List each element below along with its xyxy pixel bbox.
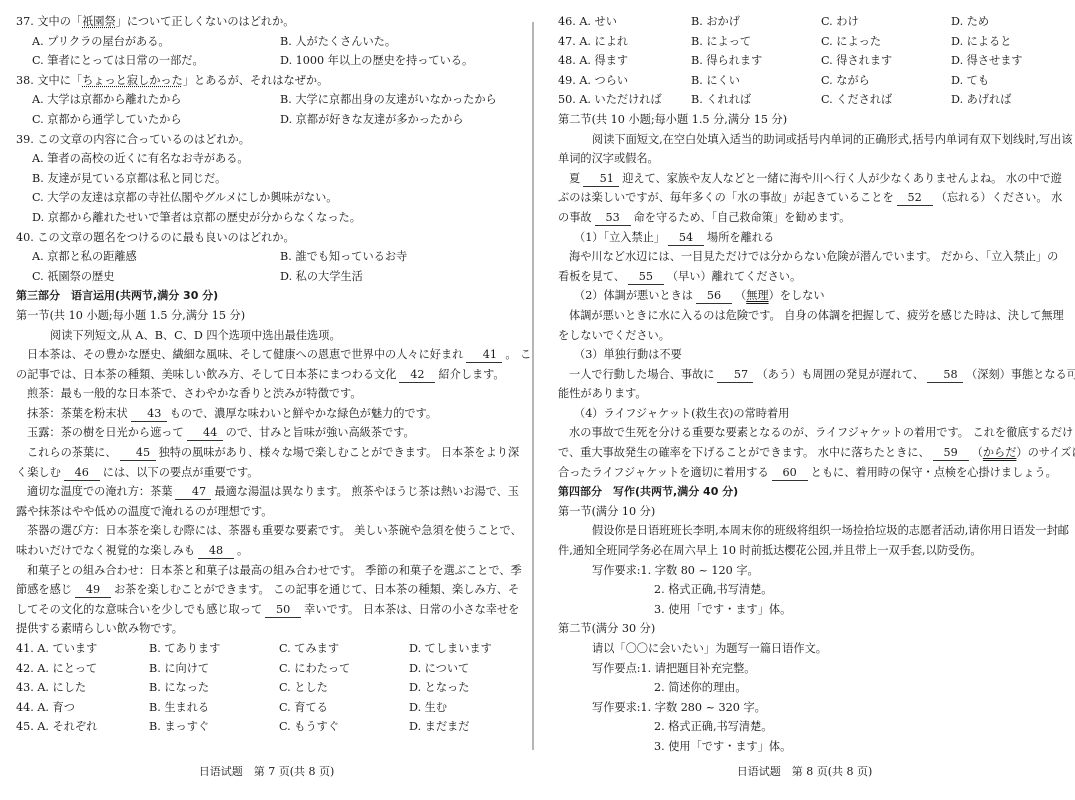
choice-row-50: 50. A. いただければB. くれればC. くださればD. あげれば: [558, 90, 1058, 110]
passage-line: 看板を見て、55（早い）離れてください。: [558, 267, 1058, 287]
section-1-heading: 第一节(共 10 小题;每小题 1.5 分,满分 15 分): [16, 306, 521, 326]
double-underlined-word: からだ: [983, 446, 1017, 459]
page-7-footer: 日语试题 第 7 页(共 8 页): [0, 763, 533, 779]
page-7-content: 37. 文中の「祇園祭」について正しくないのはどれか。 A. プリクラの屋台があ…: [16, 12, 521, 737]
passage-line: 海や川など水辺には、一目見ただけでは分からない危険が潜んでいます。 だから、「立…: [558, 247, 1058, 267]
blank-45: 45: [120, 446, 156, 461]
option-b: B. 友達が見ている京都は私と同じだ。: [16, 169, 521, 189]
option-a: A. プリクラの屋台がある。: [32, 32, 280, 52]
passage-line: 夏51迎えて、家族や友人などと一緒に海や川へ行く人が少なくありませんよね。 水の…: [558, 169, 1058, 189]
blank-42: 42: [399, 368, 435, 383]
choice-row-44: 44. A. 育つB. 生まれるC. 育てるD. 生む: [16, 698, 521, 718]
passage-line: 煎茶：最も一般的な日本茶で、さわやかな香りと渋みが特徴です。: [16, 384, 521, 404]
option-d: D. 私の大学生活: [280, 270, 363, 283]
subheading-1: （1）「立入禁止」54場所を離れる: [558, 228, 1058, 248]
blank-48: 48: [198, 544, 234, 559]
passage-line: 提供する素晴らしい飲み物です。: [16, 619, 521, 639]
marked-phrase: ちょっと寂しかった: [82, 74, 183, 87]
passage-line: 一人で行動した場合、事故に57（あう）も周囲の発見が遅れて、58（深刻）事態とな…: [558, 365, 1058, 385]
option-b: B. 誰でも知っているお寺: [280, 250, 407, 263]
section-2-instruction-cont: 单词的汉字或假名。: [558, 149, 1058, 169]
subheading-3: （3）単独行動は不要: [558, 345, 1058, 365]
blank-44: 44: [187, 426, 223, 441]
passage-line: 茶器の選び方：日本茶を楽しむ際には、茶器も重要な要素です。 美しい茶碗や急須を使…: [16, 521, 521, 541]
passage-line: 和菓子との組み合わせ：日本茶と和菓子は最高の組み合わせです。 季節の和菓子を選ぶ…: [16, 561, 521, 581]
option-c: C. 祇園祭の歴史: [32, 267, 280, 287]
choice-row-47: 47. A. によれB. によってC. によったD. によると: [558, 32, 1058, 52]
choice-row-41: 41. A. ていますB. てありますC. てみますD. てしまいます: [16, 639, 521, 659]
blank-54: 54: [668, 231, 704, 246]
blank-43: 43: [131, 407, 167, 422]
blank-51: 51: [583, 172, 619, 187]
option-d: D. 京都が好きな友達が多かったから: [280, 113, 464, 126]
question-38-options-ab: A. 大学は京都から離れたからB. 大学に京都出身の友達がいなかったから: [16, 90, 521, 110]
blank-49: 49: [75, 583, 111, 598]
writing-section-2-heading: 第二节(满分 30 分): [558, 619, 1058, 639]
choice-row-42: 42. A. にとってB. に向けてC. にわたってD. について: [16, 659, 521, 679]
section-1-instruction: 阅读下列短文,从 A、B、C、D 四个选项中选出最佳选项。: [16, 326, 521, 346]
option-a: A. 大学は京都から離れたから: [32, 90, 280, 110]
double-underlined-word: 無理: [746, 289, 768, 302]
subheading-4: （4）ライフジャケット(救生衣)の常時着用: [558, 404, 1058, 424]
writing-2-point: 2. 简述你的理由。: [558, 678, 1058, 698]
option-c: C. 京都から通学していたから: [32, 110, 280, 130]
page-8-footer: 日语试题 第 8 页(共 8 页): [534, 763, 1075, 779]
question-38-stem: 38. 文中に「ちょっと寂しかった」とあるが、それはなぜか。: [16, 71, 521, 91]
option-d: D. 1000 年以上の歴史を持っている。: [280, 54, 473, 67]
writing-section-1-heading: 第一节(满分 10 分): [558, 502, 1058, 522]
question-37-stem: 37. 文中の「祇園祭」について正しくないのはどれか。: [16, 12, 521, 32]
blank-60: 60: [772, 466, 808, 481]
passage-line: く楽しむ46には、以下の要点が重要です。: [16, 463, 521, 483]
blank-41: 41: [466, 348, 502, 363]
writing-1-prompt: 假设你是日语班班长李明,本周末你的班级将组织一场捡拾垃圾的志愿者活动,请你用日语…: [558, 521, 1058, 541]
question-38-options-cd: C. 京都から通学していたからD. 京都が好きな友達が多かったから: [16, 110, 521, 130]
choice-row-46: 46. A. せいB. おかげC. わけD. ため: [558, 12, 1058, 32]
passage-line: してその文化的な意味合いを少しでも感じ取って50幸いです。 日本茶は、日常の小さ…: [16, 600, 521, 620]
choice-row-48: 48. A. 得ますB. 得られますC. 得されますD. 得させます: [558, 51, 1058, 71]
part-3-heading: 第三部分 语言运用(共两节,满分 30 分): [16, 286, 521, 306]
option-a: A. 筆者の高校の近くに有名なお寺がある。: [16, 149, 521, 169]
blank-50: 50: [265, 603, 301, 618]
exam-page-7: 37. 文中の「祇園祭」について正しくないのはどれか。 A. プリクラの屋台があ…: [0, 0, 533, 800]
question-37-options-ab: A. プリクラの屋台がある。B. 人がたくさんいた。: [16, 32, 521, 52]
writing-2-requirement: 写作要求:1. 字数 280 ~ 320 字。: [558, 698, 1058, 718]
question-40-options-ab: A. 京都と私の距離感B. 誰でも知っているお寺: [16, 247, 521, 267]
option-b: B. 大学に京都出身の友達がいなかったから: [280, 93, 497, 106]
question-37-options-cd: C. 筆者にとっては日常の一部だ。D. 1000 年以上の歴史を持っている。: [16, 51, 521, 71]
page-8-content: 46. A. せいB. おかげC. わけD. ため 47. A. によれB. に…: [558, 12, 1058, 757]
section-2-heading: 第二节(共 10 小题;每小题 1.5 分,满分 15 分): [558, 110, 1058, 130]
option-c: C. 筆者にとっては日常の一部だ。: [32, 51, 280, 71]
choice-row-43: 43. A. にしたB. になったC. としたD. となった: [16, 678, 521, 698]
section-2-instruction: 阅读下面短文,在空白处填入适当的助词或括号内单词的正确形式,括号内单词有双下划线…: [558, 130, 1058, 150]
passage-line: をしないでください。: [558, 326, 1058, 346]
option-c: C. 大学の友達は京都の寺社仏閣やグルメにしか興味がない。: [16, 188, 521, 208]
blank-59: 59: [933, 446, 969, 461]
question-40-stem: 40. この文章の題名をつけるのに最も良いのはどれか。: [16, 228, 521, 248]
writing-1-requirement: 3. 使用「です・ます」体。: [558, 600, 1058, 620]
passage-line: で、重大事故発生の確率を下げることができます。 水中に落ちたときに、59（からだ…: [558, 443, 1058, 463]
blank-46: 46: [64, 466, 100, 481]
passage-line: 適切な温度での淹れ方：茶葉47最適な湯温は異なります。 煎茶やほうじ茶は熱いお湯…: [16, 482, 521, 502]
passage-line: ぶのは楽しいですが、毎年多くの「水の事故」が起きていることを52（忘れる）くださ…: [558, 188, 1058, 208]
option-d: D. 京都から離れたせいで筆者は京都の歴史が分からなくなった。: [16, 208, 521, 228]
writing-1-requirement: 2. 格式正确,书写清楚。: [558, 580, 1058, 600]
passage-line: 玉露：茶の樹を日光から遮って44ので、甘みと旨味が強い高級茶です。: [16, 423, 521, 443]
blank-53: 53: [595, 211, 631, 226]
passage-line: 水の事故で生死を分ける重要な要素となるのが、ライフジャケットの着用です。 これを…: [558, 423, 1058, 443]
blank-58: 58: [927, 368, 963, 383]
option-b: B. 人がたくさんいた。: [280, 35, 396, 48]
passage-line: 味わいだけでなく視覚的な楽しみも48。: [16, 541, 521, 561]
marked-phrase: 祇園祭: [82, 15, 116, 28]
subheading-2: （2）体調が悪いときは56（無理）をしない: [558, 286, 1058, 306]
passage-line: 抹茶：茶葉を粉末状43もので、濃厚な味わいと鮮やかな緑色が魅力的です。: [16, 404, 521, 424]
passage-line: 体調が悪いときに水に入るのは危険です。 自身の体調を把握して、疲労を感じた時は、…: [558, 306, 1058, 326]
question-39-stem: 39. この文章の内容に合っているのはどれか。: [16, 130, 521, 150]
choice-row-45: 45. A. それぞれB. まっすぐC. もうすぐD. まだまだ: [16, 717, 521, 737]
passage-line: 露や抹茶はやや低めの温度で淹れるのが理想です。: [16, 502, 521, 522]
blank-47: 47: [175, 485, 211, 500]
writing-2-requirement: 3. 使用「です・ます」体。: [558, 737, 1058, 757]
writing-1-requirement: 写作要求:1. 字数 80 ~ 120 字。: [558, 561, 1058, 581]
part-4-heading: 第四部分 写作(共两节,满分 40 分): [558, 482, 1058, 502]
blank-55: 55: [628, 270, 664, 285]
passage-line: これらの茶葉に、45独特の風味があり、様々な場で楽しむことができます。 日本茶を…: [16, 443, 521, 463]
exam-page-8: 46. A. せいB. おかげC. わけD. ため 47. A. によれB. に…: [534, 0, 1075, 800]
blank-52: 52: [897, 191, 933, 206]
writing-2-prompt: 请以「〇〇に会いたい」为题写一篇日语作文。: [558, 639, 1058, 659]
writing-1-prompt-cont: 件,通知全班同学务必在周六早上 10 时前抵达樱花公园,并且带上一双手套,以防受…: [558, 541, 1058, 561]
choice-row-49: 49. A. つらいB. にくいC. ながらD. ても: [558, 71, 1058, 91]
question-40-options-cd: C. 祇園祭の歴史D. 私の大学生活: [16, 267, 521, 287]
passage-line: の事故53命を守るため、「自己救命策」を勧めます。: [558, 208, 1058, 228]
blank-56: 56: [696, 289, 732, 304]
writing-2-point: 写作要点:1. 请把题目补充完整。: [558, 659, 1058, 679]
writing-2-requirement: 2. 格式正确,书写清楚。: [558, 717, 1058, 737]
passage-line: 能性があります。: [558, 384, 1058, 404]
passage-line: 日本茶は、その豊かな歴史、繊細な風味、そして健康への恩恵で世界中の人々に好まれ4…: [16, 345, 521, 365]
passage-line: 合ったライフジャケットを適切に着用する60ともに、着用時の保守・点検を心掛けまし…: [558, 463, 1058, 483]
blank-57: 57: [717, 368, 753, 383]
option-a: A. 京都と私の距離感: [32, 247, 280, 267]
passage-line: 節感を感じ49お茶を楽しむことができます。 この記事を通じて、日本茶の種類、楽し…: [16, 580, 521, 600]
passage-line: の記事では、日本茶の種類、美味しい飲み方、そして日本茶にまつわる文化42紹介しま…: [16, 365, 521, 385]
